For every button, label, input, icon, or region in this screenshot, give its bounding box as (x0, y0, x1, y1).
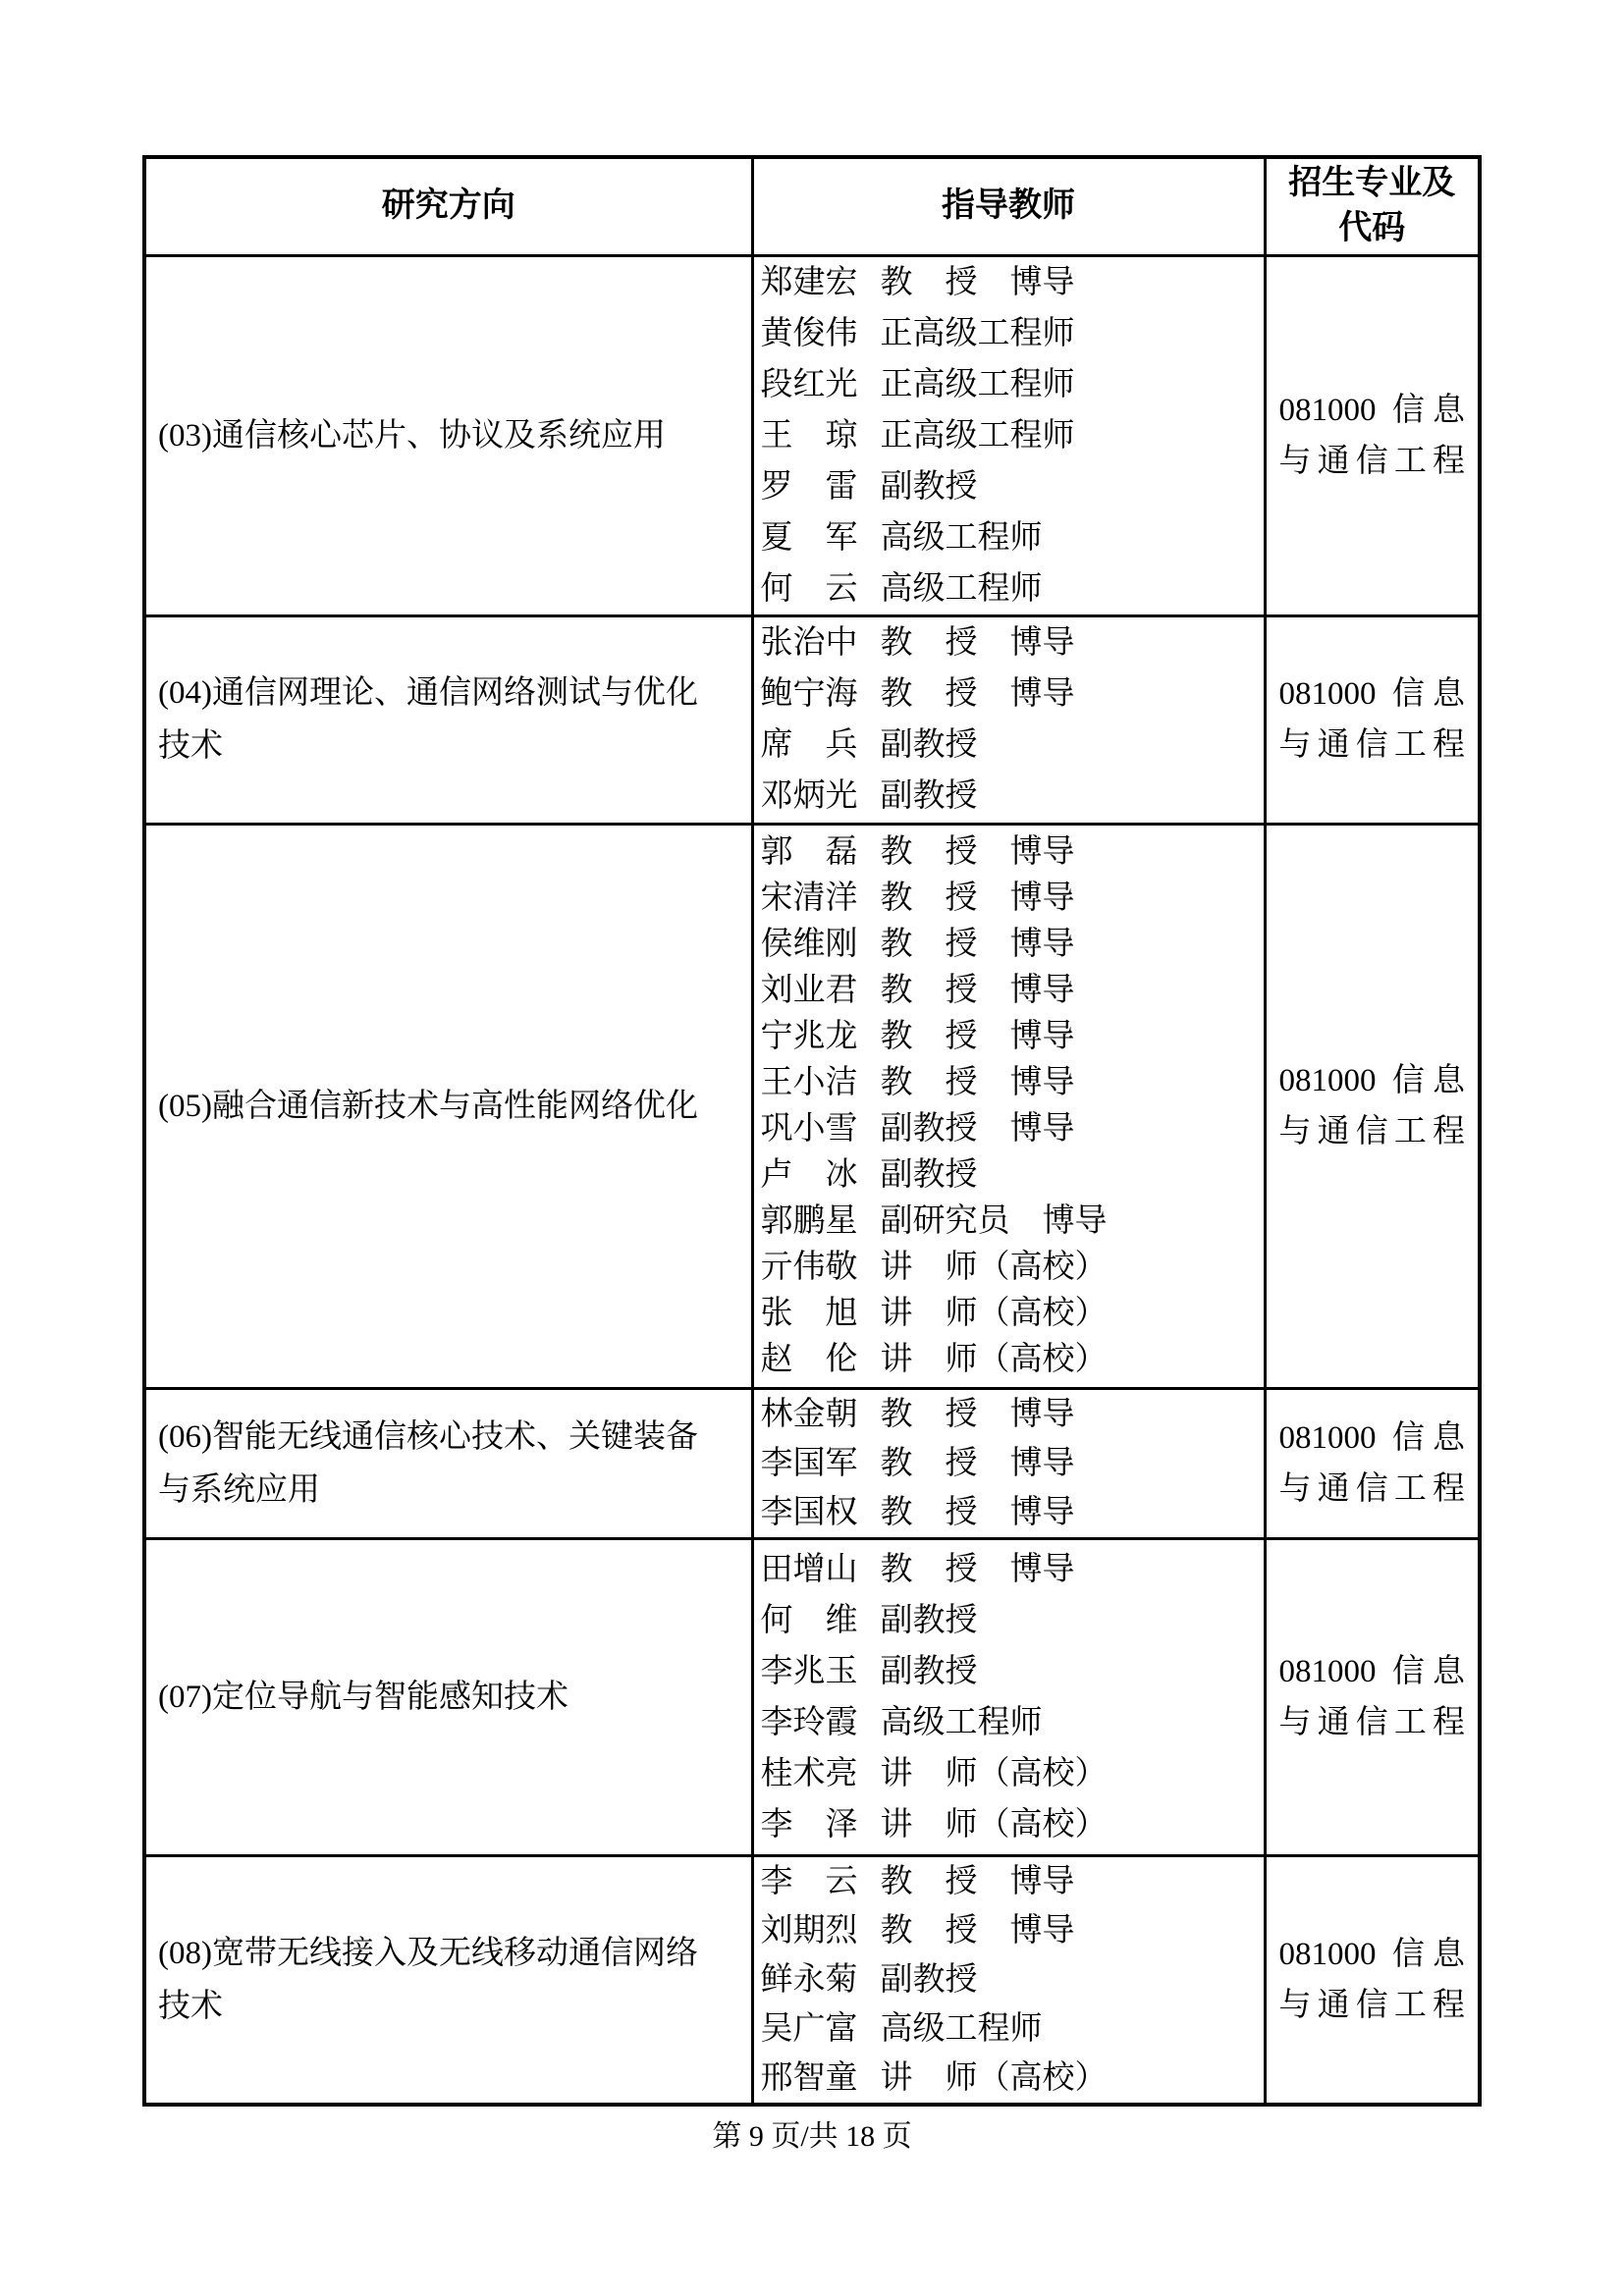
major-line2: 与通信工程 (1279, 436, 1466, 487)
header-direction: 研究方向 (144, 157, 752, 255)
direction-cell: (03)通信核心芯片、协议及系统应用 (144, 255, 752, 615)
teacher-name: 何 云 (761, 563, 881, 614)
teacher-title: 副教授 (881, 469, 978, 505)
teacher-title: 教 授 博导 (881, 1495, 1075, 1530)
direction-cell: (08)宽带无线接入及无线移动通信网络技术 (144, 1855, 752, 2105)
teacher-line: 林金朝教 授 博导 (761, 1390, 1260, 1439)
teacher-name: 宁兆龙 (761, 1014, 881, 1060)
header-major: 招生专业及 代码 (1265, 157, 1480, 255)
teacher-line: 李 泽讲 师（高校） (761, 1799, 1260, 1850)
major-line1: 081000 信息 (1279, 668, 1466, 720)
teacher-title: 副教授 (881, 727, 978, 763)
direction-cell: (07)定位导航与智能感知技术 (144, 1538, 752, 1855)
teacher-title: 教 授 博导 (881, 676, 1075, 712)
teacher-name: 吴广富 (761, 2004, 881, 2054)
major-line2: 与通信工程 (1279, 1106, 1466, 1157)
teacher-name: 王 琼 (761, 410, 881, 461)
teacher-line: 张治中教 授 博导 (761, 617, 1260, 668)
teacher-title: 副教授 (881, 778, 978, 814)
table-row: (03)通信核心芯片、协议及系统应用 郑建宏教 授 博导 黄俊伟正高级工程师 段… (144, 255, 1480, 615)
teacher-line: 张 旭讲 师（高校） (761, 1291, 1260, 1337)
teacher-line: 卢 冰副教授 (761, 1152, 1260, 1199)
page-number: 第 9 页/共 18 页 (0, 2119, 1624, 2155)
teachers-cell: 郭 磊教 授 博导 宋清洋教 授 博导 侯维刚教 授 博导 刘业君教 授 博导 … (752, 824, 1265, 1388)
teacher-title: 高级工程师 (881, 571, 1043, 607)
teacher-title: 副教授 (881, 1603, 978, 1638)
teacher-name: 邢智童 (761, 2054, 881, 2103)
teacher-name: 王小洁 (761, 1060, 881, 1106)
teachers-cell: 李 云教 授 博导 刘期烈教 授 博导 鲜永菊副教授 吴广富高级工程师 邢智童讲… (752, 1855, 1265, 2105)
teacher-title: 高级工程师 (881, 520, 1043, 556)
teacher-title: 教 授 博导 (881, 1065, 1075, 1100)
teacher-title: 讲 师（高校） (881, 1756, 1108, 1791)
teacher-line: 桂术亮讲 师（高校） (761, 1748, 1260, 1799)
teacher-line: 王 琼正高级工程师 (761, 410, 1260, 461)
major-cell: 081000 信息 与通信工程 (1265, 615, 1480, 824)
teacher-name: 林金朝 (761, 1390, 881, 1439)
direction-text: (07)定位导航与智能感知技术 (158, 1671, 718, 1724)
teacher-name: 张治中 (761, 617, 881, 668)
table-row: (05)融合通信新技术与高性能网络优化 郭 磊教 授 博导 宋清洋教 授 博导 … (144, 824, 1480, 1388)
teacher-name: 侯维刚 (761, 922, 881, 968)
teacher-line: 宋清洋教 授 博导 (761, 876, 1260, 922)
major-line1: 081000 信息 (1279, 1413, 1466, 1464)
teacher-name: 鲍宁海 (761, 668, 881, 720)
teacher-line: 鲜永菊副教授 (761, 1955, 1260, 2004)
teacher-title: 副教授 (881, 1157, 978, 1193)
teacher-name: 刘期烈 (761, 1906, 881, 1955)
teacher-name: 李玲霞 (761, 1697, 881, 1748)
teacher-name: 李国权 (761, 1488, 881, 1537)
direction-text: (06)智能无线通信核心技术、关键装备与系统应用 (158, 1411, 718, 1517)
major-cell: 081000 信息 与通信工程 (1265, 1855, 1480, 2105)
teacher-line: 巩小雪副教授 博导 (761, 1106, 1260, 1152)
teacher-name: 李 云 (761, 1857, 881, 1906)
major-line2: 与通信工程 (1279, 1464, 1466, 1515)
teachers-cell: 林金朝教 授 博导 李国军教 授 博导 李国权教 授 博导 (752, 1388, 1265, 1538)
major-line1: 081000 信息 (1279, 1929, 1466, 1980)
teacher-line: 郭 磊教 授 博导 (761, 829, 1260, 876)
teacher-line: 何 云高级工程师 (761, 563, 1260, 614)
teacher-title: 正高级工程师 (881, 367, 1075, 402)
teacher-name: 巩小雪 (761, 1106, 881, 1152)
teachers-cell: 郑建宏教 授 博导 黄俊伟正高级工程师 段红光正高级工程师 王 琼正高级工程师 … (752, 255, 1265, 615)
teacher-name: 卢 冰 (761, 1152, 881, 1199)
teacher-title: 讲 师（高校） (881, 1807, 1108, 1842)
teacher-line: 段红光正高级工程师 (761, 359, 1260, 410)
table-row: (06)智能无线通信核心技术、关键装备与系统应用 林金朝教 授 博导 李国军教 … (144, 1388, 1480, 1538)
table-row: (08)宽带无线接入及无线移动通信网络技术 李 云教 授 博导 刘期烈教 授 博… (144, 1855, 1480, 2105)
teacher-name: 刘业君 (761, 968, 881, 1014)
teacher-name: 席 兵 (761, 720, 881, 771)
teacher-name: 宋清洋 (761, 876, 881, 922)
table-header-row: 研究方向 指导教师 招生专业及 代码 (144, 157, 1480, 255)
teacher-name: 罗 雷 (761, 461, 881, 512)
header-teachers: 指导教师 (752, 157, 1265, 255)
teacher-line: 郑建宏教 授 博导 (761, 257, 1260, 308)
teacher-name: 鲜永菊 (761, 1955, 881, 2004)
teacher-name: 黄俊伟 (761, 308, 881, 359)
teacher-title: 教 授 博导 (881, 881, 1075, 916)
teacher-title: 副教授 博导 (881, 1111, 1075, 1147)
teacher-title: 副教授 (881, 1654, 978, 1689)
major-line2: 与通信工程 (1279, 720, 1466, 771)
teachers-cell: 张治中教 授 博导 鲍宁海教 授 博导 席 兵副教授 邓炳光副教授 (752, 615, 1265, 824)
major-cell: 081000 信息 与通信工程 (1265, 255, 1480, 615)
teacher-line: 李玲霞高级工程师 (761, 1697, 1260, 1748)
teacher-line: 夏 军高级工程师 (761, 512, 1260, 563)
teacher-line: 田增山教 授 博导 (761, 1544, 1260, 1595)
teacher-title: 教 授 博导 (881, 973, 1075, 1008)
teacher-title: 教 授 博导 (881, 265, 1075, 300)
teacher-name: 邓炳光 (761, 771, 881, 822)
teacher-line: 亓伟敬讲 师（高校） (761, 1245, 1260, 1291)
teacher-line: 赵 伦讲 师（高校） (761, 1337, 1260, 1383)
teacher-title: 讲 师（高校） (881, 2060, 1108, 2096)
teacher-title: 高级工程师 (881, 1705, 1043, 1740)
teacher-title: 讲 师（高校） (881, 1342, 1108, 1377)
teacher-line: 邢智童讲 师（高校） (761, 2054, 1260, 2103)
teachers-cell: 田增山教 授 博导 何 维副教授 李兆玉副教授 李玲霞高级工程师 桂术亮讲 师（… (752, 1538, 1265, 1855)
teacher-title: 教 授 博导 (881, 834, 1075, 870)
direction-cell: (06)智能无线通信核心技术、关键装备与系统应用 (144, 1388, 752, 1538)
teacher-name: 何 维 (761, 1595, 881, 1646)
teacher-title: 正高级工程师 (881, 316, 1075, 351)
teacher-line: 李兆玉副教授 (761, 1646, 1260, 1697)
teacher-line: 郭鹏星副研究员 博导 (761, 1199, 1260, 1245)
teacher-title: 讲 师（高校） (881, 1250, 1108, 1285)
major-line2: 与通信工程 (1279, 1697, 1466, 1748)
teacher-title: 教 授 博导 (881, 1864, 1075, 1899)
teacher-name: 李兆玉 (761, 1646, 881, 1697)
teacher-title: 教 授 博导 (881, 1397, 1075, 1432)
teacher-line: 吴广富高级工程师 (761, 2004, 1260, 2054)
teacher-line: 王小洁教 授 博导 (761, 1060, 1260, 1106)
header-major-line2: 代码 (1272, 206, 1473, 251)
teacher-line: 侯维刚教 授 博导 (761, 922, 1260, 968)
document-page: 研究方向 指导教师 招生专业及 代码 (03)通信核心芯片、协议及系统应用 郑建… (0, 0, 1624, 2296)
teacher-title: 副研究员 博导 (881, 1203, 1108, 1239)
major-line2: 与通信工程 (1279, 1980, 1466, 2031)
teacher-line: 邓炳光副教授 (761, 771, 1260, 822)
teacher-name: 李国军 (761, 1439, 881, 1488)
teacher-name: 郑建宏 (761, 257, 881, 308)
direction-text: (04)通信网理论、通信网络测试与优化技术 (158, 667, 718, 773)
major-line1: 081000 信息 (1279, 1646, 1466, 1697)
teacher-name: 夏 军 (761, 512, 881, 563)
teacher-line: 罗 雷副教授 (761, 461, 1260, 512)
teacher-title: 教 授 博导 (881, 927, 1075, 962)
teacher-title: 讲 师（高校） (881, 1296, 1108, 1331)
teacher-name: 郭鹏星 (761, 1199, 881, 1245)
direction-cell: (04)通信网理论、通信网络测试与优化技术 (144, 615, 752, 824)
major-line1: 081000 信息 (1279, 385, 1466, 436)
direction-text: (08)宽带无线接入及无线移动通信网络技术 (158, 1927, 718, 2033)
teacher-line: 刘业君教 授 博导 (761, 968, 1260, 1014)
teacher-title: 教 授 博导 (881, 625, 1075, 661)
direction-text: (03)通信核心芯片、协议及系统应用 (158, 409, 718, 462)
major-line1: 081000 信息 (1279, 1055, 1466, 1106)
teacher-title: 教 授 博导 (881, 1446, 1075, 1481)
teacher-name: 段红光 (761, 359, 881, 410)
teacher-name: 赵 伦 (761, 1337, 881, 1383)
major-cell: 081000 信息 与通信工程 (1265, 824, 1480, 1388)
teacher-title: 教 授 博导 (881, 1552, 1075, 1587)
teacher-line: 席 兵副教授 (761, 720, 1260, 771)
direction-cell: (05)融合通信新技术与高性能网络优化 (144, 824, 752, 1388)
table-row: (07)定位导航与智能感知技术 田增山教 授 博导 何 维副教授 李兆玉副教授 … (144, 1538, 1480, 1855)
teacher-line: 黄俊伟正高级工程师 (761, 308, 1260, 359)
teacher-title: 正高级工程师 (881, 418, 1075, 454)
teacher-name: 亓伟敬 (761, 1245, 881, 1291)
admissions-table: 研究方向 指导教师 招生专业及 代码 (03)通信核心芯片、协议及系统应用 郑建… (142, 155, 1482, 2107)
teacher-name: 张 旭 (761, 1291, 881, 1337)
teacher-line: 宁兆龙教 授 博导 (761, 1014, 1260, 1060)
header-major-line1: 招生专业及 (1272, 161, 1473, 206)
teacher-name: 郭 磊 (761, 829, 881, 876)
teacher-title: 教 授 博导 (881, 1913, 1075, 1949)
teacher-title: 副教授 (881, 1962, 978, 1998)
major-cell: 081000 信息 与通信工程 (1265, 1538, 1480, 1855)
teacher-name: 田增山 (761, 1544, 881, 1595)
table-row: (04)通信网理论、通信网络测试与优化技术 张治中教 授 博导 鲍宁海教 授 博… (144, 615, 1480, 824)
teacher-name: 李 泽 (761, 1799, 881, 1850)
teacher-line: 鲍宁海教 授 博导 (761, 668, 1260, 720)
teacher-name: 桂术亮 (761, 1748, 881, 1799)
teacher-line: 李国权教 授 博导 (761, 1488, 1260, 1537)
major-cell: 081000 信息 与通信工程 (1265, 1388, 1480, 1538)
teacher-line: 李国军教 授 博导 (761, 1439, 1260, 1488)
teacher-line: 李 云教 授 博导 (761, 1857, 1260, 1906)
teacher-line: 刘期烈教 授 博导 (761, 1906, 1260, 1955)
teacher-line: 何 维副教授 (761, 1595, 1260, 1646)
direction-text: (05)融合通信新技术与高性能网络优化 (158, 1080, 718, 1133)
teacher-title: 教 授 博导 (881, 1019, 1075, 1054)
teacher-title: 高级工程师 (881, 2011, 1043, 2047)
